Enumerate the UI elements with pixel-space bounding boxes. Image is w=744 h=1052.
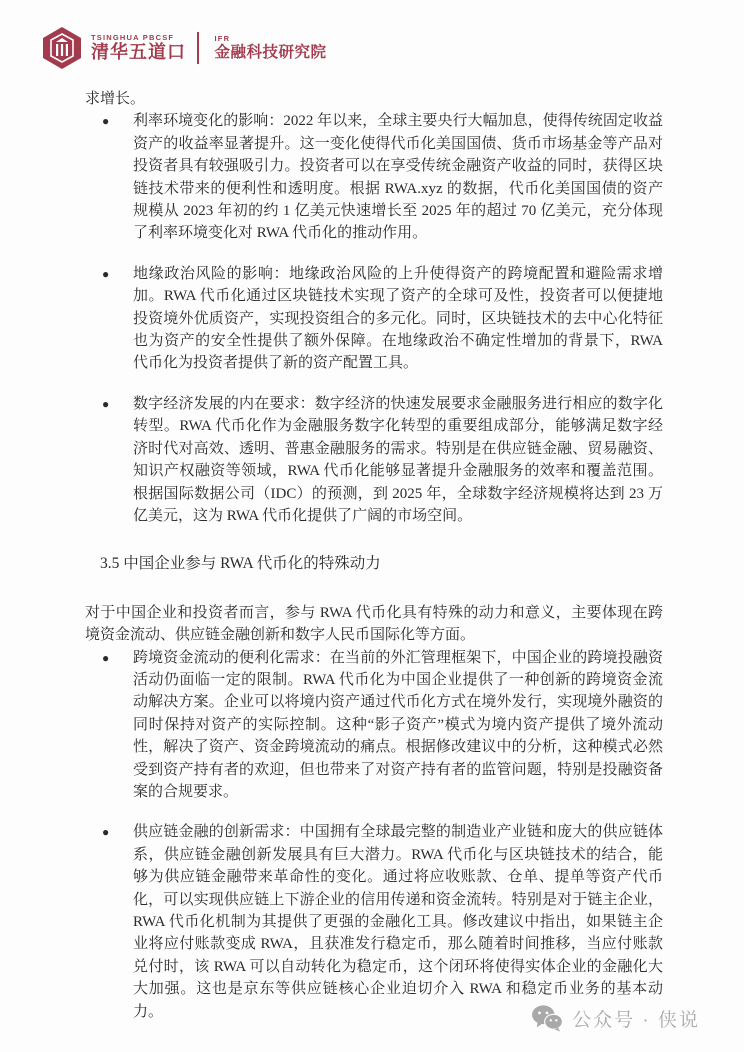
logo-institute-block: IFR 金融科技研究院 <box>215 34 327 62</box>
logo-org-en: TSINGHUA PBCSF <box>91 33 186 42</box>
drivers-bullet-list: ● 利率环境变化的影响：2022 年以来，全球主要央行大幅加息，使得传统固定收益… <box>85 110 663 527</box>
document-body: 求增长。 ● 利率环境变化的影响：2022 年以来，全球主要央行大幅加息，使得传… <box>85 88 663 1041</box>
bullet-icon: ● <box>102 647 109 669</box>
section-intro-paragraph: 对于中国企业和投资者而言，参与 RWA 代币化具有特殊的动力和意义，主要体现在跨… <box>85 602 663 647</box>
watermark: 公众号 · 侠说 <box>531 1004 700 1032</box>
china-bullet-list: ● 跨境资金流动的便利化需求：在当前的外汇管理框架下，中国企业的跨境投融资活动仍… <box>85 647 663 1024</box>
bullet-text: 跨境资金流动的便利化需求：在当前的外汇管理框架下，中国企业的跨境投融资活动仍面临… <box>133 650 663 800</box>
bullet-text: 供应链金融的创新需求：中国拥有全球最完整的制造业产业链和庞大的供应链体系，供应链… <box>133 824 663 1019</box>
list-item: ● 数字经济发展的内在要求：数字经济的快速发展要求金融服务进行相应的数字化转型。… <box>85 393 663 527</box>
section-heading: 3.5 中国企业参与 RWA 代币化的特殊动力 <box>85 553 663 575</box>
bullet-icon: ● <box>102 263 109 285</box>
list-item: ● 利率环境变化的影响：2022 年以来，全球主要央行大幅加息，使得传统固定收益… <box>85 110 663 244</box>
logo-institute-zh: 金融科技研究院 <box>215 43 327 62</box>
bullet-icon: ● <box>102 821 109 843</box>
bullet-text: 地缘政治风险的影响：地缘政治风险的上升使得资产的跨境配置和避险需求增加。RWA … <box>133 266 663 372</box>
list-item: ● 地缘政治风险的影响：地缘政治风险的上升使得资产的跨境配置和避险需求增加。RW… <box>85 263 663 375</box>
list-item: ● 供应链金融的创新需求：中国拥有全球最完整的制造业产业链和庞大的供应链体系，供… <box>85 821 663 1023</box>
bullet-icon: ● <box>102 393 109 415</box>
watermark-label: 公众号 · 侠说 <box>572 1005 700 1032</box>
paragraph-fragment: 求增长。 <box>85 88 663 110</box>
document-page: { "header": { "logo": { "brand_color": "… <box>0 0 744 1052</box>
logo-org-zh: 清华五道口 <box>91 42 186 63</box>
institute-logo: TSINGHUA PBCSF 清华五道口 IFR 金融科技研究院 <box>40 26 327 70</box>
bullet-icon: ● <box>102 110 109 132</box>
bullet-text: 利率环境变化的影响：2022 年以来，全球主要央行大幅加息，使得传统固定收益资产… <box>133 113 663 241</box>
logo-org-block: TSINGHUA PBCSF 清华五道口 <box>91 33 186 63</box>
logo-institute-en: IFR <box>215 34 327 43</box>
bullet-text: 数字经济发展的内在要求：数字经济的快速发展要求金融服务进行相应的数字化转型。RW… <box>133 396 663 524</box>
list-item: ● 跨境资金流动的便利化需求：在当前的外汇管理框架下，中国企业的跨境投融资活动仍… <box>85 647 663 804</box>
wechat-icon <box>531 1004 563 1032</box>
logo-divider <box>197 32 199 64</box>
tsinghua-pbcsf-emblem-icon <box>40 26 84 70</box>
